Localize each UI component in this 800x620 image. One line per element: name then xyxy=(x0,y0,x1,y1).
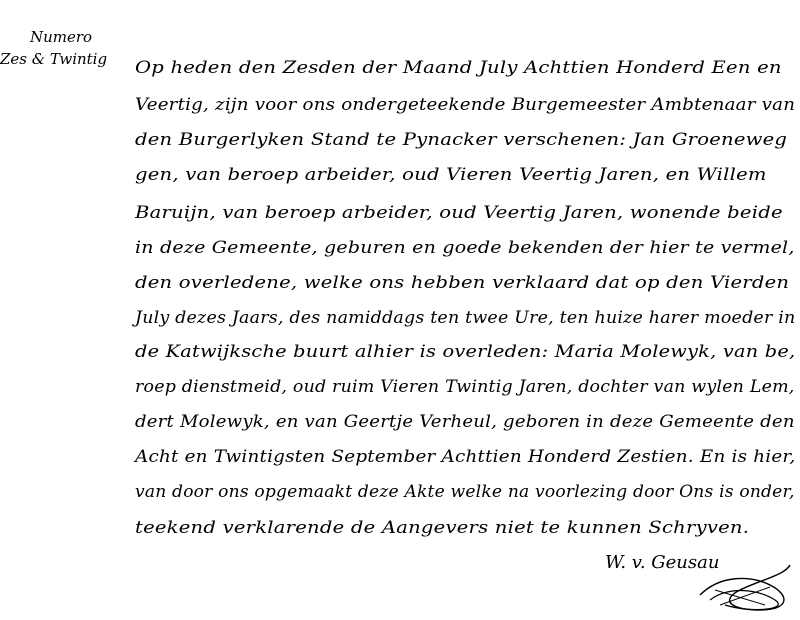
body-line-9: de Katwijksche buurt alhier is overleden… xyxy=(135,342,795,362)
body-line-6: in deze Gemeente, geburen en goede beken… xyxy=(135,238,795,258)
body-line-2: Veertig, zijn voor ons ondergeteekende B… xyxy=(135,95,795,115)
body-line-13: van door ons opgemaakt deze Akte welke n… xyxy=(135,482,795,502)
body-line-7: den overledene, welke ons hebben verklaa… xyxy=(135,273,789,293)
margin-label: Numero xyxy=(30,28,92,46)
body-line-4: gen, van beroep arbeider, oud Vieren Vee… xyxy=(135,165,767,185)
body-line-10: roep dienstmeid, oud ruim Vieren Twintig… xyxy=(135,377,795,397)
margin-number: Zes & Twintig xyxy=(0,50,107,68)
body-line-1: Op heden den Zesden der Maand July Achtt… xyxy=(135,58,782,78)
body-line-8: July dezes Jaars, des namiddags ten twee… xyxy=(135,308,795,328)
signature-flourish-icon xyxy=(690,555,800,615)
body-line-5: Baruijn, van beroep arbeider, oud Veerti… xyxy=(135,203,783,223)
body-line-12: Acht en Twintigsten September Achttien H… xyxy=(135,447,795,467)
document-page: Numero Zes & Twintig Op heden den Zesden… xyxy=(0,0,800,620)
body-line-3: den Burgerlyken Stand te Pynacker versch… xyxy=(135,130,787,150)
body-line-14: teekend verklarende de Aangevers niet te… xyxy=(135,518,749,538)
body-line-11: dert Molewyk, en van Geertje Verheul, ge… xyxy=(135,412,795,432)
